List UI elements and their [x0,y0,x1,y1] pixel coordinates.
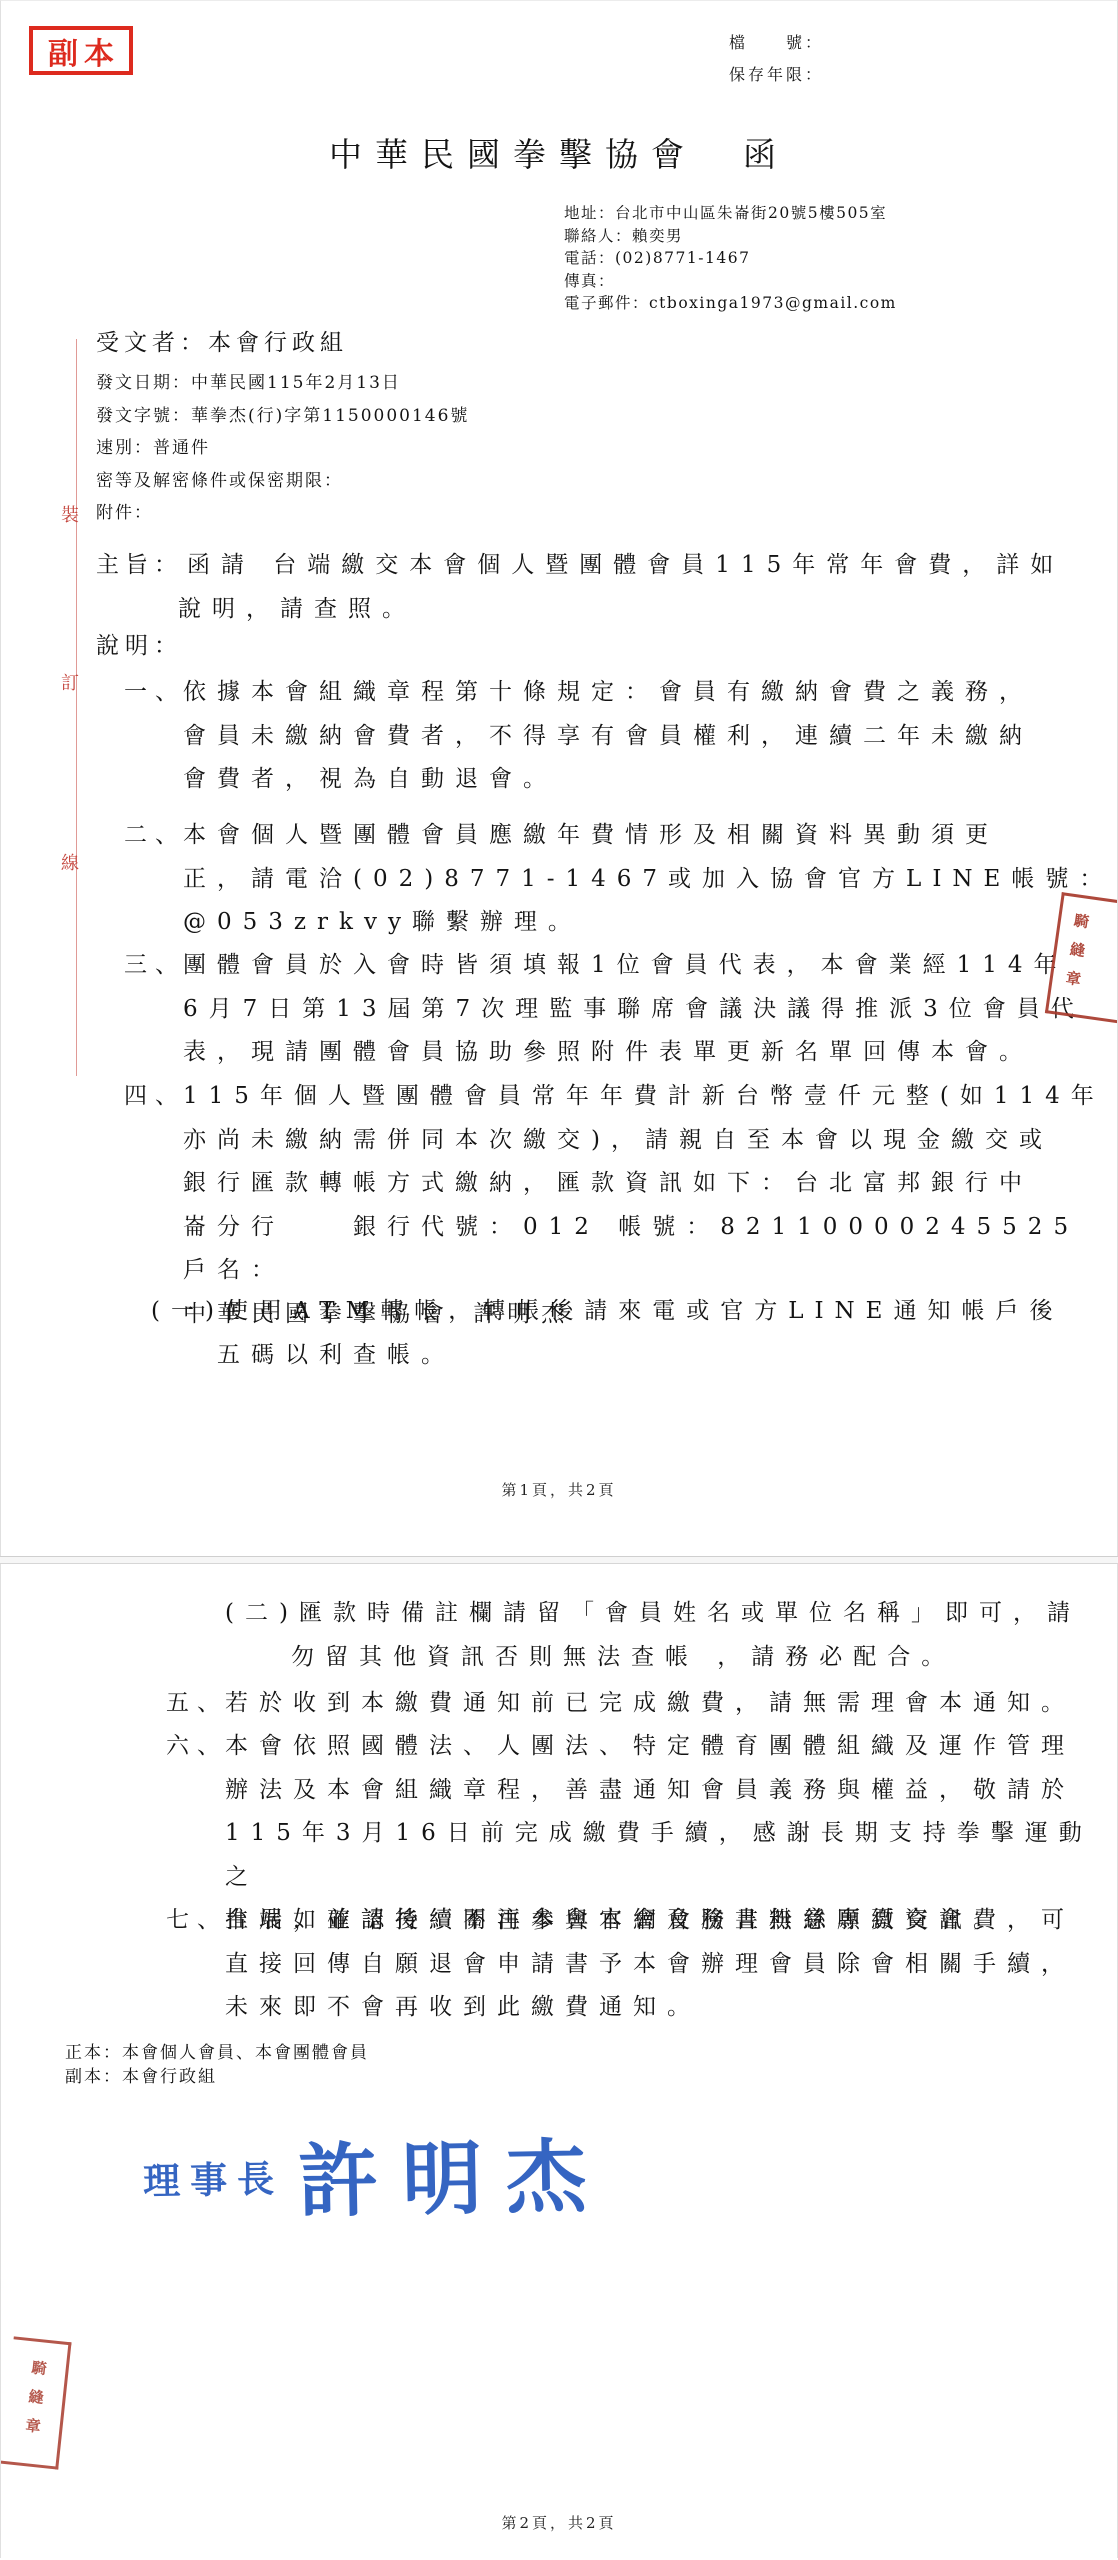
list-item-text: 若於收到本繳費通知前已完成繳費，請無需理會本通知。 [166,1682,1116,1726]
file-number-block: 檔 號：保存年限： [729,27,824,91]
binding-mark-zhuang: 裝 [60,501,80,527]
seam-seal-stamp-left: 騎縫章 [0,2336,71,2469]
list-item-number: 六、 [166,1725,228,1769]
list-item-text: 本會個人暨團體會員應繳年費情形及相關資料異動須更 正，請電洽(02)8771-1… [124,814,1118,945]
list-item-5: 五、 若於收到本繳費通知前已完成繳費，請無需理會本通知。 [166,1682,1116,1726]
list-item-number: 五、 [166,1682,228,1726]
list-item-text: 團體會員於入會時皆須填報1位會員代表，本會業經114年 6月7日第13屆第7次理… [124,944,1118,1075]
sub-item-2: (二)匯款時備註欄請留「會員姓名或單位名稱」即可，請 勿留其他資訊否則無法查帳 … [225,1592,1105,1679]
document-page-2: (二)匯款時備註欄請留「會員姓名或單位名稱」即可，請 勿留其他資訊否則無法查帳 … [0,1564,1118,2558]
list-item-1: 一、 依據本會組織章程第十條規定：會員有繳納會費之義務， 會員未繳納會費者，不得… [124,671,1118,802]
list-item-number: 二、 [124,814,186,858]
sub-item-text: 匯款時備註欄請留「會員姓名或單位名稱」即可，請 勿留其他資訊否則無法查帳 ，請務… [291,1600,1081,1670]
cc-original-line: 正本：本會個人會員、本會團體會員 [65,2042,369,2066]
page-2-footer: 第2頁，共2頁 [1,2512,1117,2533]
meta-attachment: 附件： [96,497,469,530]
contact-fax: 傳真： [564,270,897,293]
copy-stamp: 副本 [29,26,133,75]
retention-label: 保存年限： [729,65,824,84]
list-item-2: 二、 本會個人暨團體會員應繳年費情形及相關資料異動須更 正，請電洽(02)877… [124,814,1118,945]
contact-person: 聯絡人：賴奕男 [564,225,897,248]
contact-block: 地址：台北市中山區朱崙街20號5樓505室 聯絡人：賴奕男 電話：(02)877… [564,202,897,315]
binding-mark-ding: 訂 [60,669,80,695]
binding-mark-xian: 線 [60,849,80,875]
binding-line [76,339,77,1076]
list-item-7: 七、 台端如確認後續不再參與本會會務且無意願繳交會費，可 直接回傳自願退會申請書… [166,1899,1116,2030]
signature-title: 理事長 [143,2157,285,2203]
subject-paragraph: 主旨：函請 台端繳交本會個人暨團體會員115年常年會費，詳如 說明，請查照。 [96,544,1086,631]
meta-block: 發文日期：中華民國115年2月13日 發文字號：華拳杰(行)字第11500001… [96,367,469,530]
contact-email: 電子郵件：ctboxinga1973@gmail.com [564,292,897,315]
contact-address: 地址：台北市中山區朱崙街20號5樓505室 [564,202,897,225]
sub-item-label: (二) [225,1600,299,1626]
list-item-text: 台端如確認後續不再參與本會會務且無意願繳交會費，可 直接回傳自願退會申請書予本會… [166,1899,1116,2030]
list-item-number: 一、 [124,671,186,715]
cc-block: 正本：本會個人會員、本會團體會員 副本：本會行政組 [65,2042,369,2089]
meta-speed: 速別：普通件 [96,432,469,465]
list-item-text: 依據本會組織章程第十條規定：會員有繳納會費之義務， 會員未繳納會費者，不得享有會… [124,671,1118,802]
list-item-number: 七、 [166,1899,228,1943]
signature-name: 許明杰 [297,2129,611,2228]
sub-item-label: (一) [151,1298,225,1324]
meta-issue-date: 發文日期：中華民國115年2月13日 [96,367,469,400]
list-item-3: 三、 團體會員於入會時皆須填報1位會員代表，本會業經114年 6月7日第13屆第… [124,944,1118,1075]
recipient-line: 受文者：本會行政組 [96,324,348,357]
chairman-signature-stamp: 理事長許明杰 [142,2112,611,2235]
subject-label: 主旨： [96,552,183,578]
sub-item-1: (一)使用ATM轉帳，轉帳後請來電或官方LINE通知帳戶後 五碼以利查帳。 [151,1290,1111,1377]
list-item-number: 四、 [124,1075,186,1119]
meta-ref-number: 發文字號：華拳杰(行)字第1150000146號 [96,400,469,433]
subject-text: 函請 台端繳交本會個人暨團體會員115年常年會費，詳如 說明，請查照。 [178,552,1064,622]
page-divider [0,1556,1118,1564]
sub-item-text: 使用ATM轉帳，轉帳後請來電或官方LINE通知帳戶後 五碼以利查帳。 [217,1298,1063,1368]
file-no-label: 檔 號： [729,33,824,52]
page-1-footer: 第1頁，共2頁 [1,1479,1117,1500]
meta-security: 密等及解密條件或保密期限： [96,465,469,498]
explanation-label: 說明： [96,627,183,660]
document-page-1: 副本 檔 號：保存年限： 中華民國拳擊協會 函 地址：台北市中山區朱崙街20號5… [0,0,1118,1556]
cc-copy-line: 副本：本會行政組 [65,2066,369,2090]
contact-phone: 電話：(02)8771-1467 [564,247,897,270]
list-item-number: 三、 [124,944,186,988]
document-title: 中華民國拳擊協會 函 [1,129,1117,176]
